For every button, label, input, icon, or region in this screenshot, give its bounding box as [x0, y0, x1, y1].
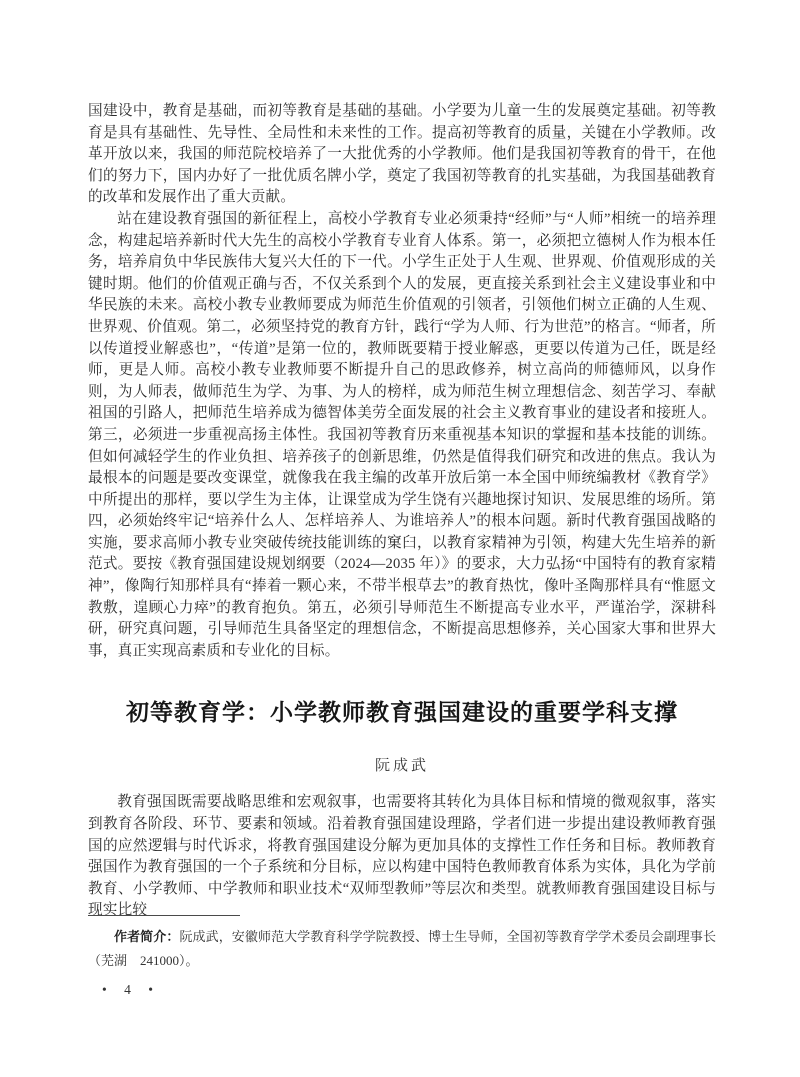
footnote-separator-line — [88, 915, 240, 916]
page-number: • 4 • — [88, 982, 716, 998]
article-opening-paragraph: 教育强国既需要战略思维和宏观叙事，也需要将其转化为具体目标和情境的微观叙事，落实… — [88, 792, 716, 922]
page-footer: 作者简介：阮成武，安徽师范大学教育科学学院教授、博士生导师，全国初等教育学学术委… — [88, 915, 716, 998]
intro-paragraph-2: 站在建设教育强国的新征程上，高校小学教育专业必须秉持“经师”与“人师”相统一的培… — [88, 209, 716, 662]
page-body: 国建设中，教育是基础，而初等教育是基础的基础。小学要为儿童一生的发展奠定基础。初… — [88, 101, 716, 922]
journal-page: 国建设中，教育是基础，而初等教育是基础的基础。小学要为儿童一生的发展奠定基础。初… — [0, 0, 800, 1077]
footnote-label: 作者简介： — [114, 929, 179, 944]
continued-paragraph: 国建设中，教育是基础，而初等教育是基础的基础。小学要为儿童一生的发展奠定基础。初… — [88, 101, 716, 209]
footnote-text: 阮成武，安徽师范大学教育科学学院教授、博士生导师，全国初等教育学学术委员会副理事… — [88, 929, 716, 968]
article-title: 初等教育学：小学教师教育强国建设的重要学科支撑 — [88, 697, 716, 727]
article-author: 阮成武 — [88, 754, 716, 775]
footnote-author-bio: 作者简介：阮成武，安徽师范大学教育科学学院教授、博士生导师，全国初等教育学学术委… — [88, 925, 716, 973]
